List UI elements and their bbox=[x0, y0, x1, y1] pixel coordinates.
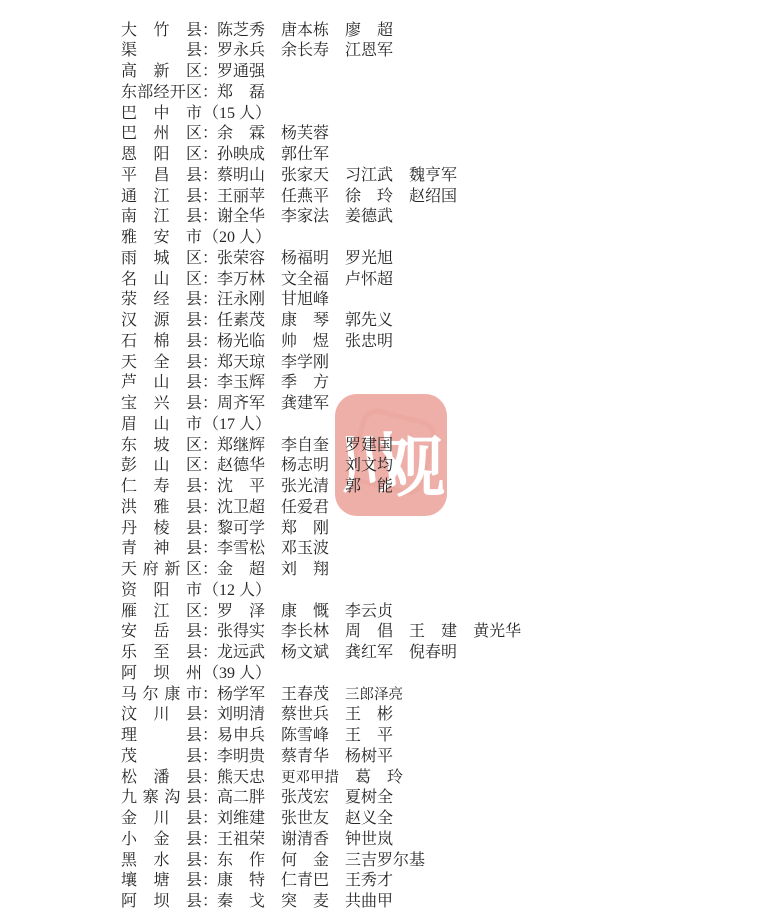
region-label-char: 县 bbox=[186, 498, 202, 519]
person-name: 甘旭峰 bbox=[281, 291, 329, 308]
region-label-char: 资 bbox=[121, 581, 137, 602]
region-label-char: 区 bbox=[186, 436, 202, 457]
region-label-char: 县 bbox=[186, 21, 202, 42]
label-colon: ： bbox=[202, 788, 217, 809]
region-label-char: 县 bbox=[186, 477, 202, 498]
list-row: 雁江区：罗 泽康 慨李云贞 bbox=[121, 602, 537, 623]
list-row: 黑水县：东 作何 金三吉罗尔基 bbox=[121, 851, 537, 872]
region-label-char: 府 bbox=[143, 560, 159, 581]
person-count: （17 人） bbox=[203, 416, 271, 433]
region-label: 通江县 bbox=[121, 187, 202, 208]
person-name: 郭仕军 bbox=[281, 146, 329, 163]
region-label: 彭山区 bbox=[121, 456, 202, 477]
label-colon: ： bbox=[202, 290, 217, 311]
person-name: 康 特 bbox=[217, 872, 265, 889]
person-name: 杨光临 bbox=[217, 333, 265, 350]
person-name: 李万林 bbox=[217, 271, 265, 288]
person-name: 罗 泽 bbox=[217, 603, 265, 620]
label-colon: ： bbox=[202, 892, 217, 913]
region-label-char: 源 bbox=[153, 311, 169, 332]
region-label-char: 市 bbox=[186, 415, 202, 436]
region-label-char: 巴 bbox=[121, 104, 137, 125]
region-label-char: 昌 bbox=[153, 166, 169, 187]
region-label-char: 县 bbox=[186, 892, 202, 913]
person-name: 张世友 bbox=[281, 810, 329, 827]
person-name: 罗永兵 bbox=[217, 42, 265, 59]
person-name: 郭 能 bbox=[345, 478, 393, 495]
label-colon: ： bbox=[202, 353, 217, 374]
list-row: 阿坝县：秦 戈突 麦共曲甲 bbox=[121, 892, 537, 913]
label-colon: ： bbox=[202, 394, 217, 415]
region-label-char: 区 bbox=[186, 602, 202, 623]
region-label-char: 安 bbox=[153, 228, 169, 249]
label-colon: ： bbox=[202, 332, 217, 353]
region-label-char: 松 bbox=[121, 768, 137, 789]
region-label: 荥经县 bbox=[121, 290, 202, 311]
region-label-char: 兴 bbox=[153, 394, 169, 415]
region-label-char: 小 bbox=[121, 830, 137, 851]
region-label: 资阳市 bbox=[121, 581, 202, 602]
region-label-char: 川 bbox=[153, 809, 169, 830]
list-row: 雨城区：张荣容杨福明罗光旭 bbox=[121, 249, 537, 270]
person-name: 刘文均 bbox=[345, 457, 393, 474]
region-label-char: 巴 bbox=[121, 124, 137, 145]
region-label-char: 县 bbox=[186, 747, 202, 768]
region-label: 乐至县 bbox=[121, 643, 202, 664]
region-label: 巴州区 bbox=[121, 124, 202, 145]
person-count: （15 人） bbox=[203, 105, 271, 122]
person-name: 金 超 bbox=[217, 561, 265, 578]
region-label-char: 渠 bbox=[121, 41, 137, 62]
label-colon: ： bbox=[202, 498, 217, 519]
region-label-char: 县 bbox=[186, 768, 202, 789]
list-row: 理县：易申兵陈雪峰王 平 bbox=[121, 726, 537, 747]
label-colon: ： bbox=[202, 809, 217, 830]
person-name: 夏树全 bbox=[345, 789, 393, 806]
person-name: 罗建国 bbox=[345, 437, 393, 454]
section-header: 眉山市（17 人） bbox=[121, 415, 537, 436]
person-name: 李自奎 bbox=[281, 437, 329, 454]
section-header: 阿坝州（39 人） bbox=[121, 664, 537, 685]
region-label-char: 至 bbox=[153, 643, 169, 664]
region-label-char: 江 bbox=[153, 187, 169, 208]
region-label-char: 川 bbox=[153, 705, 169, 726]
region-label-char: 城 bbox=[153, 249, 169, 270]
person-name: 三吉罗尔基 bbox=[345, 852, 425, 869]
label-colon: ： bbox=[202, 62, 217, 83]
person-name: 王 平 bbox=[345, 727, 393, 744]
section-header: 雅安市（20 人） bbox=[121, 228, 537, 249]
person-name: 唐本栋 bbox=[281, 22, 329, 39]
region-label-char: 县 bbox=[186, 373, 202, 394]
region-label-char: 雨 bbox=[121, 249, 137, 270]
region-label-char: 全 bbox=[153, 353, 169, 374]
region-label-char: 金 bbox=[121, 809, 137, 830]
region-label: 芦山县 bbox=[121, 373, 202, 394]
region-label: 东坡区 bbox=[121, 436, 202, 457]
region-label-char: 市 bbox=[186, 104, 202, 125]
person-name: 谢全华 bbox=[217, 208, 265, 225]
region-label-char: 壤 bbox=[121, 871, 137, 892]
label-colon: ： bbox=[202, 622, 217, 643]
region-label-char: 东 bbox=[121, 436, 137, 457]
person-name: 易申兵 bbox=[217, 727, 265, 744]
person-name: 徐 玲 bbox=[345, 188, 393, 205]
region-label-char: 阳 bbox=[153, 581, 169, 602]
person-name: 突 麦 bbox=[281, 893, 329, 910]
person-name: 张茂宏 bbox=[281, 789, 329, 806]
region-label-char: 市 bbox=[186, 685, 202, 706]
person-name: 刘 翔 bbox=[281, 561, 329, 578]
region-label: 渠县 bbox=[121, 41, 202, 62]
region-label-char: 安 bbox=[121, 622, 137, 643]
label-colon: ： bbox=[202, 249, 217, 270]
person-name: 更邓甲措 bbox=[281, 770, 339, 786]
region-label-char: 市 bbox=[186, 228, 202, 249]
region-label-char: 金 bbox=[153, 830, 169, 851]
person-name: 黎可学 bbox=[217, 520, 265, 537]
region-label-char: 部 bbox=[137, 83, 153, 104]
label-colon: ： bbox=[202, 270, 217, 291]
region-label: 眉山市 bbox=[121, 415, 202, 436]
region-label-char: 汉 bbox=[121, 311, 137, 332]
list-row: 荥经县：汪永刚甘旭峰 bbox=[121, 290, 537, 311]
section-header: 资阳市（12 人） bbox=[121, 581, 537, 602]
region-label-char: 县 bbox=[186, 394, 202, 415]
region-label: 小金县 bbox=[121, 830, 202, 851]
person-name: 帅 煜 bbox=[281, 333, 329, 350]
person-name: 郭先义 bbox=[345, 312, 393, 329]
region-label-char: 神 bbox=[153, 539, 169, 560]
region-label: 青神县 bbox=[121, 539, 202, 560]
region-label: 安岳县 bbox=[121, 622, 202, 643]
person-name: 姜德武 bbox=[345, 208, 393, 225]
list-row: 石棉县：杨光临帅 煜张忠明 bbox=[121, 332, 537, 353]
region-label-char: 丹 bbox=[121, 519, 137, 540]
person-name: 熊天忠 bbox=[217, 769, 265, 786]
person-name: 郑继辉 bbox=[217, 437, 265, 454]
person-name: 邓玉波 bbox=[281, 540, 329, 557]
region-label-char: 棉 bbox=[153, 332, 169, 353]
person-count: （39 人） bbox=[203, 665, 271, 682]
region-label-char: 名 bbox=[121, 270, 137, 291]
person-name: 李雪松 bbox=[217, 540, 265, 557]
person-name: 王秀才 bbox=[345, 872, 393, 889]
person-name: 汪永刚 bbox=[217, 291, 265, 308]
person-name: 龚建军 bbox=[281, 395, 329, 412]
label-colon: ： bbox=[202, 851, 217, 872]
person-name: 葛 玲 bbox=[355, 769, 403, 786]
person-name: 杨志明 bbox=[281, 457, 329, 474]
person-name: 陈雪峰 bbox=[281, 727, 329, 744]
region-label: 天全县 bbox=[121, 353, 202, 374]
label-colon: ： bbox=[202, 166, 217, 187]
region-label-char: 山 bbox=[153, 415, 169, 436]
person-name: 赵绍国 bbox=[409, 188, 457, 205]
region-label: 宝兴县 bbox=[121, 394, 202, 415]
person-name: 张光清 bbox=[281, 478, 329, 495]
list-row: 马尔康市：杨学军王春茂三郎泽亮 bbox=[121, 685, 537, 706]
region-label-char: 县 bbox=[186, 643, 202, 664]
region-label-char: 南 bbox=[121, 207, 137, 228]
person-name: 康 琴 bbox=[281, 312, 329, 329]
region-label-char: 县 bbox=[186, 41, 202, 62]
list-row: 通江县：王丽苹任燕平徐 玲赵绍国 bbox=[121, 187, 537, 208]
person-name: 习江武 bbox=[345, 167, 393, 184]
region-label-char: 茂 bbox=[121, 747, 137, 768]
region-label-char: 县 bbox=[186, 830, 202, 851]
region-label-char: 县 bbox=[186, 353, 202, 374]
list-row: 青神县：李雪松邓玉波 bbox=[121, 539, 537, 560]
region-label-char: 区 bbox=[186, 62, 202, 83]
label-colon: ： bbox=[202, 436, 217, 457]
person-name: 张得实 bbox=[217, 623, 265, 640]
list-row: 名山区：李万林文全福卢怀超 bbox=[121, 270, 537, 291]
region-label-char: 水 bbox=[153, 851, 169, 872]
region-label-char: 县 bbox=[186, 539, 202, 560]
label-colon: ： bbox=[202, 41, 217, 62]
label-colon: ： bbox=[202, 560, 217, 581]
region-label-char: 竹 bbox=[153, 21, 169, 42]
person-name: 蔡青华 bbox=[281, 748, 329, 765]
region-label-char: 县 bbox=[186, 622, 202, 643]
region-label-char: 县 bbox=[186, 166, 202, 187]
label-colon: ： bbox=[202, 539, 217, 560]
document-page: 川 观 大竹县：陈芝秀唐本栋廖 超渠县：罗永兵余长寿江恩军高新区：罗通强东部经开… bbox=[0, 0, 780, 913]
person-name: 杨文斌 bbox=[281, 644, 329, 661]
person-name: 罗光旭 bbox=[345, 250, 393, 267]
region-label-char: 汶 bbox=[121, 705, 137, 726]
label-colon: ： bbox=[202, 519, 217, 540]
person-name: 蔡世兵 bbox=[281, 706, 329, 723]
list-row: 恩阳区：孙映成郭仕军 bbox=[121, 145, 537, 166]
person-name: 郑天琼 bbox=[217, 354, 265, 371]
region-label: 仁寿县 bbox=[121, 477, 202, 498]
region-label: 壤塘县 bbox=[121, 871, 202, 892]
region-label-char: 塘 bbox=[153, 871, 169, 892]
person-name: 江恩军 bbox=[345, 42, 393, 59]
list-row: 壤塘县：康 特仁青巴王秀才 bbox=[121, 871, 537, 892]
person-name: 杨福明 bbox=[281, 250, 329, 267]
region-label-char: 新 bbox=[153, 62, 169, 83]
region-label-char: 县 bbox=[186, 851, 202, 872]
list-row: 金川县：刘维建张世友赵义全 bbox=[121, 809, 537, 830]
person-name: 余长寿 bbox=[281, 42, 329, 59]
list-row: 洪雅县：沈卫超任爱君 bbox=[121, 498, 537, 519]
person-name: 李玉辉 bbox=[217, 374, 265, 391]
region-label-char: 市 bbox=[186, 581, 202, 602]
label-colon: ： bbox=[202, 726, 217, 747]
region-label-char: 沟 bbox=[164, 788, 180, 809]
region-label-char: 坝 bbox=[153, 892, 169, 913]
region-label-char: 寨 bbox=[143, 788, 159, 809]
person-name: 何 金 bbox=[281, 852, 329, 869]
person-name: 沈卫超 bbox=[217, 499, 265, 516]
region-label-char: 九 bbox=[121, 788, 137, 809]
region-label: 名山区 bbox=[121, 270, 202, 291]
region-label-char: 区 bbox=[186, 145, 202, 166]
region-label-char: 县 bbox=[186, 332, 202, 353]
label-colon: ： bbox=[202, 602, 217, 623]
region-label-char: 山 bbox=[153, 270, 169, 291]
list-row: 天全县：郑天琼李学刚 bbox=[121, 353, 537, 374]
person-name: 孙映成 bbox=[217, 146, 265, 163]
label-colon: ： bbox=[202, 145, 217, 166]
region-label: 九寨沟县 bbox=[121, 788, 202, 809]
region-label-char: 阳 bbox=[153, 145, 169, 166]
person-name: 倪春明 bbox=[409, 644, 457, 661]
person-name: 李学刚 bbox=[281, 354, 329, 371]
person-name: 李云贞 bbox=[345, 603, 393, 620]
region-label-char: 雁 bbox=[121, 602, 137, 623]
list-row: 平昌县：蔡明山张家天习江武魏亨军 bbox=[121, 166, 537, 187]
region-label-char: 区 bbox=[186, 83, 202, 104]
person-name: 赵义全 bbox=[345, 810, 393, 827]
region-label-char: 乐 bbox=[121, 643, 137, 664]
region-label: 阿坝县 bbox=[121, 892, 202, 913]
list-row: 东部经开区：郑 磊 bbox=[121, 83, 537, 104]
person-name: 共曲甲 bbox=[345, 893, 393, 910]
region-label: 东部经开区 bbox=[121, 83, 202, 104]
person-name: 王丽苹 bbox=[217, 188, 265, 205]
person-name: 王春茂 bbox=[281, 686, 329, 703]
person-name: 任燕平 bbox=[281, 188, 329, 205]
region-label-char: 尔 bbox=[143, 685, 159, 706]
region-label-char: 马 bbox=[121, 685, 137, 706]
region-label-char: 区 bbox=[186, 249, 202, 270]
region-label-char: 康 bbox=[164, 685, 180, 706]
region-label: 天府新区 bbox=[121, 560, 202, 581]
region-label: 平昌县 bbox=[121, 166, 202, 187]
label-colon: ： bbox=[202, 477, 217, 498]
region-label-char: 县 bbox=[186, 290, 202, 311]
label-colon: ： bbox=[202, 705, 217, 726]
region-label-char: 区 bbox=[186, 270, 202, 291]
label-colon: ： bbox=[202, 747, 217, 768]
person-name: 魏亨军 bbox=[409, 167, 457, 184]
region-label: 汉源县 bbox=[121, 311, 202, 332]
region-label-char: 荥 bbox=[121, 290, 137, 311]
region-label: 松潘县 bbox=[121, 768, 202, 789]
person-name: 王祖荣 bbox=[217, 831, 265, 848]
list-row: 丹棱县：黎可学郑 刚 bbox=[121, 519, 537, 540]
list-row: 茂县：李明贵蔡青华杨树平 bbox=[121, 747, 537, 768]
region-label-char: 县 bbox=[186, 871, 202, 892]
person-name: 李明贵 bbox=[217, 748, 265, 765]
list-row: 汶川县：刘明清蔡世兵王 彬 bbox=[121, 705, 537, 726]
region-label: 高新区 bbox=[121, 62, 202, 83]
list-row: 彭山区：赵德华杨志明刘文均 bbox=[121, 456, 537, 477]
region-label-char: 理 bbox=[121, 726, 137, 747]
person-name: 仁青巴 bbox=[281, 872, 329, 889]
list-row: 乐至县：龙远武杨文斌龚红军倪春明 bbox=[121, 643, 537, 664]
region-label: 恩阳区 bbox=[121, 145, 202, 166]
label-colon: ： bbox=[202, 768, 217, 789]
label-colon: ： bbox=[202, 83, 217, 104]
region-label-char: 新 bbox=[164, 560, 180, 581]
region-label-char: 天 bbox=[121, 353, 137, 374]
region-label-char: 眉 bbox=[121, 415, 137, 436]
person-name: 杨学军 bbox=[217, 686, 265, 703]
region-label: 雅安市 bbox=[121, 228, 202, 249]
person-name: 罗通强 bbox=[217, 63, 265, 80]
region-label-char: 黑 bbox=[121, 851, 137, 872]
list-row: 天府新区：金 超刘 翔 bbox=[121, 560, 537, 581]
list-row: 九寨沟县：高二胖张茂宏夏树全 bbox=[121, 788, 537, 809]
region-label: 雨城区 bbox=[121, 249, 202, 270]
list-row: 渠县：罗永兵余长寿江恩军 bbox=[121, 41, 537, 62]
person-name: 三郎泽亮 bbox=[345, 687, 403, 703]
label-colon: ： bbox=[202, 21, 217, 42]
region-label-char: 洪 bbox=[121, 498, 137, 519]
region-label-char: 山 bbox=[153, 373, 169, 394]
person-count: （12 人） bbox=[203, 582, 271, 599]
region-label-char: 江 bbox=[153, 602, 169, 623]
region-label-char: 区 bbox=[186, 560, 202, 581]
person-name: 沈 平 bbox=[217, 478, 265, 495]
region-label: 大竹县 bbox=[121, 21, 202, 42]
region-label-char: 坝 bbox=[153, 664, 169, 685]
person-name: 秦 戈 bbox=[217, 893, 265, 910]
label-colon: ： bbox=[202, 685, 217, 706]
list-row: 小金县：王祖荣谢清香钟世岚 bbox=[121, 830, 537, 851]
region-label-char: 平 bbox=[121, 166, 137, 187]
list-row: 仁寿县：沈 平张光清郭 能 bbox=[121, 477, 537, 498]
name-list: 大竹县：陈芝秀唐本栋廖 超渠县：罗永兵余长寿江恩军高新区：罗通强东部经开区：郑 … bbox=[121, 21, 537, 913]
region-label-char: 东 bbox=[121, 83, 137, 104]
person-name: 卢怀超 bbox=[345, 271, 393, 288]
region-label-char: 寿 bbox=[153, 477, 169, 498]
region-label-char: 恩 bbox=[121, 145, 137, 166]
list-row: 东坡区：郑继辉李自奎罗建国 bbox=[121, 436, 537, 457]
region-label-char: 州 bbox=[153, 124, 169, 145]
person-name: 任素茂 bbox=[217, 312, 265, 329]
label-colon: ： bbox=[202, 187, 217, 208]
label-colon: ： bbox=[202, 124, 217, 145]
region-label: 汶川县 bbox=[121, 705, 202, 726]
person-name: 钟世岚 bbox=[345, 831, 393, 848]
region-label-char: 坡 bbox=[153, 436, 169, 457]
list-row: 松潘县：熊天忠更邓甲措葛 玲 bbox=[121, 768, 537, 789]
region-label-char: 开 bbox=[170, 83, 186, 104]
region-label-char: 区 bbox=[186, 124, 202, 145]
person-name: 李家法 bbox=[281, 208, 329, 225]
person-name: 廖 超 bbox=[345, 22, 393, 39]
person-name: 刘维建 bbox=[217, 810, 265, 827]
region-label-char: 阿 bbox=[121, 664, 137, 685]
list-row: 安岳县：张得实李长林周 倡王 建黄光华 bbox=[121, 622, 537, 643]
region-label: 雁江区 bbox=[121, 602, 202, 623]
region-label-char: 县 bbox=[186, 187, 202, 208]
person-name: 周齐军 bbox=[217, 395, 265, 412]
region-label-char: 岳 bbox=[153, 622, 169, 643]
region-label-char: 经 bbox=[153, 290, 169, 311]
region-label: 阿坝州 bbox=[121, 664, 202, 685]
region-label-char: 雅 bbox=[153, 498, 169, 519]
person-name: 黄光华 bbox=[473, 623, 521, 640]
person-name: 谢清香 bbox=[281, 831, 329, 848]
person-name: 龚红军 bbox=[345, 644, 393, 661]
person-name: 季 方 bbox=[281, 374, 329, 391]
region-label-char: 经 bbox=[153, 83, 169, 104]
person-name: 张忠明 bbox=[345, 333, 393, 350]
region-label: 南江县 bbox=[121, 207, 202, 228]
region-label: 马尔康市 bbox=[121, 685, 202, 706]
region-label-char: 雅 bbox=[121, 228, 137, 249]
region-label-char: 中 bbox=[153, 104, 169, 125]
region-label-char: 大 bbox=[121, 21, 137, 42]
label-colon: ： bbox=[202, 871, 217, 892]
